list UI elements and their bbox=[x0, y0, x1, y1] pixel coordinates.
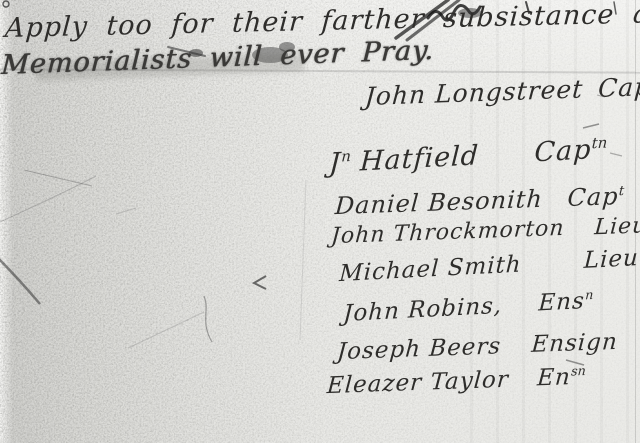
rank-superscript: t bbox=[618, 184, 624, 199]
signatory-rank: Capt bbox=[597, 72, 640, 103]
rank-text: Cap bbox=[597, 72, 640, 103]
name-superscript bbox=[502, 292, 503, 307]
name-text bbox=[582, 74, 584, 103]
manuscript-scan-page: Apply too for their farther subsistance … bbox=[0, 0, 640, 443]
name-superscript bbox=[583, 76, 584, 92]
name-text: J bbox=[328, 147, 341, 179]
rank-superscript: tn bbox=[591, 133, 607, 152]
signatory-rank: Ensn bbox=[536, 363, 586, 391]
rank-superscript: n bbox=[585, 287, 594, 302]
name-text bbox=[502, 292, 503, 318]
rank-text: En bbox=[536, 364, 571, 391]
rank-text: Cap bbox=[534, 134, 593, 168]
signatory-rank: Capt bbox=[567, 182, 625, 212]
rank-text: Ensign bbox=[531, 329, 619, 358]
signatory-rank: Lieut bbox=[583, 244, 640, 274]
rank-text: Cap bbox=[567, 182, 620, 212]
signatory-rank: Captn bbox=[534, 133, 608, 168]
signatory-rank: Lieut bbox=[594, 213, 640, 240]
name-superscript bbox=[543, 187, 544, 202]
rank-text: Ens bbox=[538, 288, 586, 317]
name-superscript bbox=[509, 366, 510, 381]
signatory-rank: Ensn bbox=[538, 287, 594, 317]
rank-text: Lieut bbox=[583, 244, 640, 274]
signatory-rank: Ensign bbox=[531, 328, 619, 358]
rank-text: Lieu bbox=[594, 213, 640, 240]
name-superscript bbox=[522, 250, 523, 265]
rank-superscript: sn bbox=[571, 363, 587, 379]
name-text bbox=[500, 333, 502, 359]
name-superscript bbox=[501, 332, 502, 347]
